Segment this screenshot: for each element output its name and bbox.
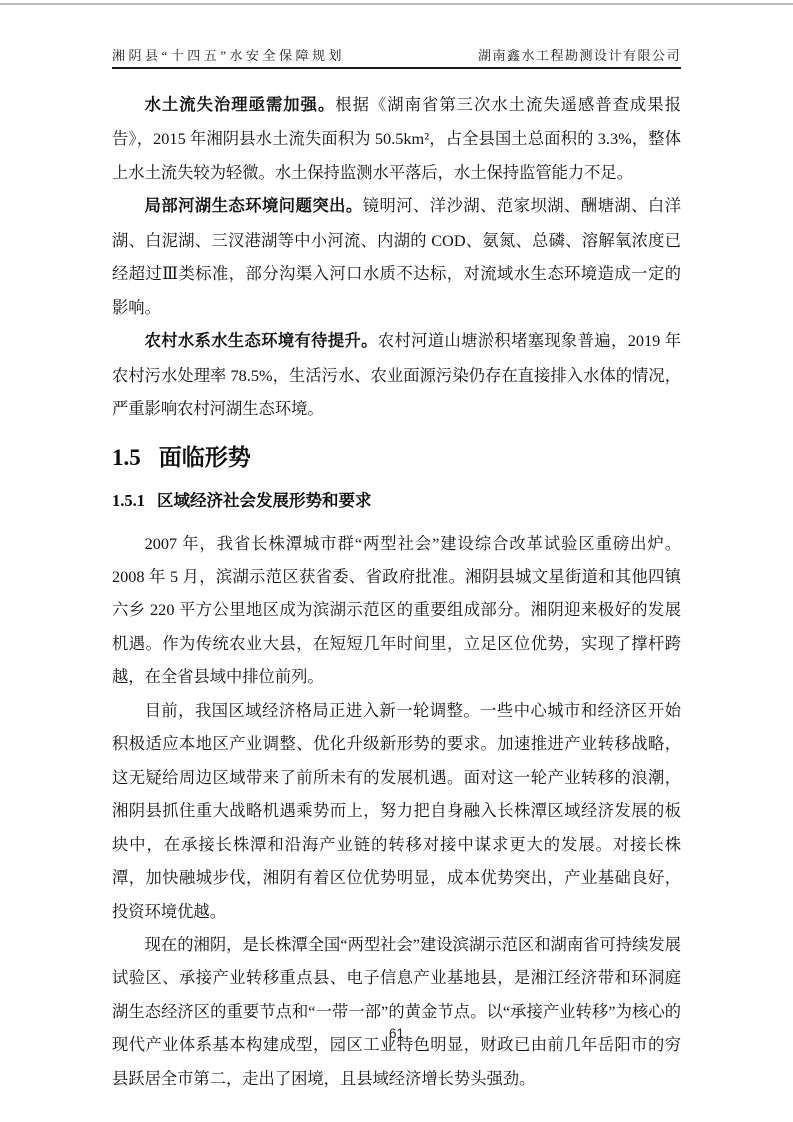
paragraph-lead: 水土流失治理亟需加强。 (145, 96, 336, 114)
paragraph-text: 现在的湘阴，是长株潭全国“两型社会”建设滨湖示范区和湖南省可持续发展试验区、承接… (112, 935, 681, 1088)
section-heading-1-5: 1.5面临形势 (112, 442, 681, 473)
paragraph-text: 目前，我国区域经济格局正进入新一轮调整。一些中心城市和经济区开始积极适应本地区产… (112, 701, 681, 921)
subsection-number: 1.5.1 (112, 491, 145, 510)
document-page: 湘阴县“十四五”水安全保障规划 湖南鑫水工程勘测设计有限公司 水土流失治理亟需加… (0, 0, 793, 1122)
paragraph-regional-economy-adjustment: 目前，我国区域经济格局正进入新一轮调整。一些中心城市和经济区开始积极适应本地区产… (112, 694, 681, 928)
page-header: 湘阴县“十四五”水安全保障规划 湖南鑫水工程勘测设计有限公司 (112, 46, 681, 66)
paragraph-soil-erosion: 水土流失治理亟需加强。根据《湖南省第三次水土流失遥感普查成果报告》，2015 年… (112, 88, 681, 189)
paragraph-lead: 农村水系水生态环境有待提升。 (145, 332, 378, 350)
header-right-title: 湖南鑫水工程勘测设计有限公司 (478, 46, 681, 66)
paragraph-river-lake-ecology: 局部河湖生态环境问题突出。镜明河、洋沙湖、范家坝湖、酬塘湖、白洋湖、白泥湖、三汊… (112, 189, 681, 324)
section-title: 面临形势 (159, 444, 251, 470)
paragraph-2007-pilot-zone: 2007 年，我省长株潭城市群“两型社会”建设综合改革试验区重磅出炉。2008 … (112, 527, 681, 694)
paragraph-xiangyin-today: 现在的湘阴，是长株潭全国“两型社会”建设滨湖示范区和湖南省可持续发展试验区、承接… (112, 928, 681, 1095)
header-left-title: 湘阴县“十四五”水安全保障规划 (112, 46, 345, 66)
page-footer: 61 (0, 1026, 793, 1041)
subsection-heading-1-5-1: 1.5.1区域经济社会发展形势和要求 (112, 490, 681, 512)
subsection-title: 区域经济社会发展形势和要求 (157, 492, 372, 510)
scan-edge-line (0, 3, 793, 5)
page-number: 61 (389, 1026, 404, 1041)
paragraph-lead: 局部河湖生态环境问题突出。 (145, 197, 363, 215)
paragraph-text: 2007 年，我省长株潭城市群“两型社会”建设综合改革试验区重磅出炉。2008 … (112, 534, 681, 687)
document-body: 水土流失治理亟需加强。根据《湖南省第三次水土流失遥感普查成果报告》，2015 年… (112, 88, 681, 1095)
section-number: 1.5 (112, 445, 141, 470)
paragraph-rural-water-ecology: 农村水系水生态环境有待提升。农村河道山塘淤积堵塞现象普遍，2019 年农村污水处… (112, 324, 681, 425)
header-rule (112, 67, 681, 69)
